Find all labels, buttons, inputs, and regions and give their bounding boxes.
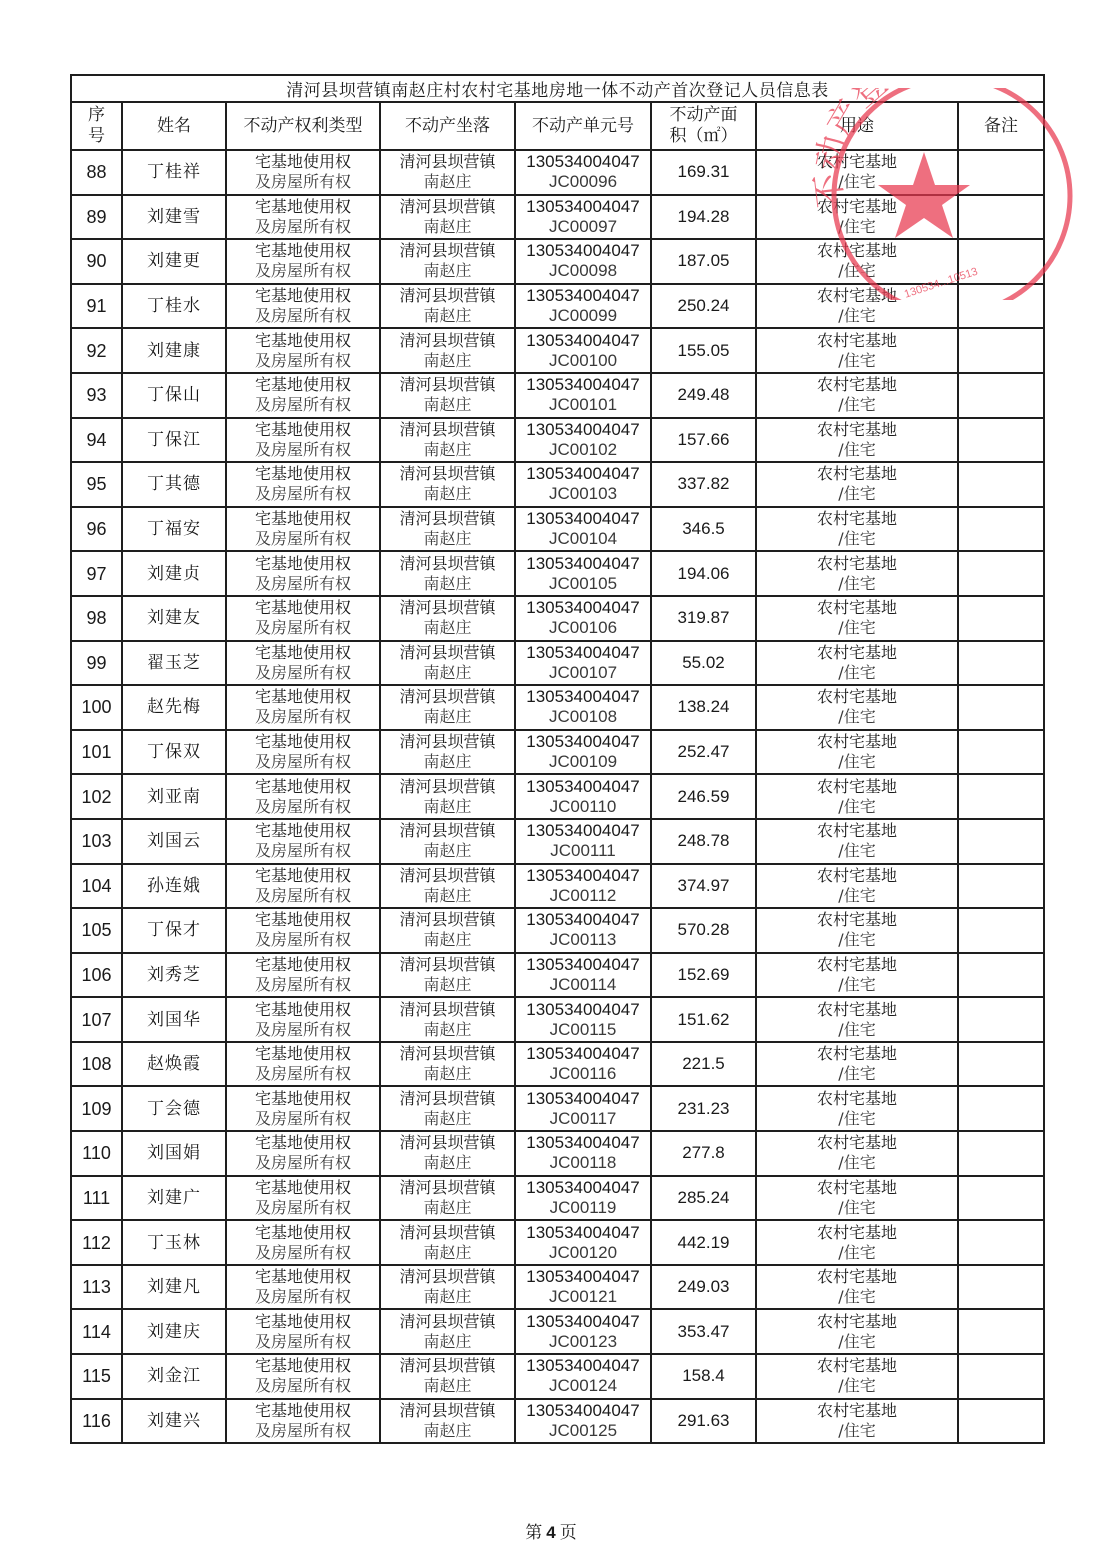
cell-unit-no: 130534004047JC00123 (515, 1309, 651, 1354)
cell-usage: 农村宅基地/住宅 (756, 462, 958, 507)
cell-no: 93 (71, 373, 122, 418)
cell-area: 246.59 (651, 774, 756, 819)
cell-location: 清河县坝营镇南赵庄 (380, 239, 515, 284)
cell-location: 清河县坝营镇南赵庄 (380, 1309, 515, 1354)
cell-location: 清河县坝营镇南赵庄 (380, 1220, 515, 1265)
cell-no: 103 (71, 819, 122, 864)
cell-unit-no: 130534004047JC00101 (515, 373, 651, 418)
cell-usage: 农村宅基地/住宅 (756, 730, 958, 775)
cell-area: 442.19 (651, 1220, 756, 1265)
cell-remarks (958, 864, 1044, 909)
cell-location: 清河县坝营镇南赵庄 (380, 1131, 515, 1176)
cell-unit-no: 130534004047JC00104 (515, 507, 651, 552)
cell-remarks (958, 1176, 1044, 1221)
cell-area: 277.8 (651, 1131, 756, 1176)
cell-remarks (958, 997, 1044, 1042)
table-row: 92刘建康宅基地使用权及房屋所有权清河县坝营镇南赵庄130534004047JC… (71, 328, 1044, 373)
cell-unit-no: 130534004047JC00103 (515, 462, 651, 507)
cell-no: 115 (71, 1354, 122, 1399)
cell-location: 清河县坝营镇南赵庄 (380, 774, 515, 819)
cell-unit-no: 130534004047JC00102 (515, 418, 651, 463)
cell-area: 138.24 (651, 685, 756, 730)
table-row: 103刘国云宅基地使用权及房屋所有权清河县坝营镇南赵庄130534004047J… (71, 819, 1044, 864)
cell-no: 88 (71, 150, 122, 195)
header-no: 序 号 (71, 102, 122, 150)
cell-remarks (958, 1220, 1044, 1265)
cell-location: 清河县坝营镇南赵庄 (380, 462, 515, 507)
cell-unit-no: 130534004047JC00112 (515, 864, 651, 909)
table-row: 98刘建友宅基地使用权及房屋所有权清河县坝营镇南赵庄130534004047JC… (71, 596, 1044, 641)
cell-area: 194.06 (651, 551, 756, 596)
cell-right-type: 宅基地使用权及房屋所有权 (226, 284, 380, 329)
cell-right-type: 宅基地使用权及房屋所有权 (226, 730, 380, 775)
cell-area: 346.5 (651, 507, 756, 552)
cell-area: 169.31 (651, 150, 756, 195)
table-row: 115刘金江宅基地使用权及房屋所有权清河县坝营镇南赵庄130534004047J… (71, 1354, 1044, 1399)
cell-no: 104 (71, 864, 122, 909)
cell-right-type: 宅基地使用权及房屋所有权 (226, 507, 380, 552)
cell-unit-no: 130534004047JC00111 (515, 819, 651, 864)
cell-name: 刘国云 (122, 819, 226, 864)
cell-name: 刘建友 (122, 596, 226, 641)
cell-remarks (958, 507, 1044, 552)
cell-location: 清河县坝营镇南赵庄 (380, 1086, 515, 1131)
header-unit-no: 不动产单元号 (515, 102, 651, 150)
cell-usage: 农村宅基地/住宅 (756, 1399, 958, 1444)
cell-area: 155.05 (651, 328, 756, 373)
cell-unit-no: 130534004047JC00108 (515, 685, 651, 730)
cell-remarks (958, 774, 1044, 819)
cell-unit-no: 130534004047JC00119 (515, 1176, 651, 1221)
cell-name: 丁玉林 (122, 1220, 226, 1265)
table-row: 110刘国娟宅基地使用权及房屋所有权清河县坝营镇南赵庄130534004047J… (71, 1131, 1044, 1176)
cell-name: 刘国娟 (122, 1131, 226, 1176)
cell-name: 刘建贞 (122, 551, 226, 596)
cell-remarks (958, 1131, 1044, 1176)
cell-area: 291.63 (651, 1399, 756, 1444)
cell-area: 187.05 (651, 239, 756, 284)
cell-area: 570.28 (651, 908, 756, 953)
cell-right-type: 宅基地使用权及房屋所有权 (226, 239, 380, 284)
cell-name: 翟玉芝 (122, 641, 226, 686)
cell-location: 清河县坝营镇南赵庄 (380, 551, 515, 596)
table-row: 100赵先梅宅基地使用权及房屋所有权清河县坝营镇南赵庄130534004047J… (71, 685, 1044, 730)
cell-no: 90 (71, 239, 122, 284)
cell-no: 113 (71, 1265, 122, 1310)
table-row: 109丁会德宅基地使用权及房屋所有权清河县坝营镇南赵庄130534004047J… (71, 1086, 1044, 1131)
cell-usage: 农村宅基地/住宅 (756, 551, 958, 596)
cell-unit-no: 130534004047JC00106 (515, 596, 651, 641)
table-row: 105丁保才宅基地使用权及房屋所有权清河县坝营镇南赵庄130534004047J… (71, 908, 1044, 953)
cell-name: 丁会德 (122, 1086, 226, 1131)
cell-right-type: 宅基地使用权及房屋所有权 (226, 373, 380, 418)
table-row: 88丁桂祥宅基地使用权及房屋所有权清河县坝营镇南赵庄130534004047JC… (71, 150, 1044, 195)
table-row: 113刘建凡宅基地使用权及房屋所有权清河县坝营镇南赵庄130534004047J… (71, 1265, 1044, 1310)
table-row: 112丁玉林宅基地使用权及房屋所有权清河县坝营镇南赵庄130534004047J… (71, 1220, 1044, 1265)
cell-no: 100 (71, 685, 122, 730)
cell-usage: 农村宅基地/住宅 (756, 195, 958, 240)
cell-remarks (958, 195, 1044, 240)
cell-location: 清河县坝营镇南赵庄 (380, 596, 515, 641)
cell-remarks (958, 462, 1044, 507)
cell-right-type: 宅基地使用权及房屋所有权 (226, 328, 380, 373)
cell-right-type: 宅基地使用权及房屋所有权 (226, 1131, 380, 1176)
cell-name: 赵焕霞 (122, 1042, 226, 1087)
cell-location: 清河县坝营镇南赵庄 (380, 507, 515, 552)
cell-name: 刘国华 (122, 997, 226, 1042)
cell-usage: 农村宅基地/住宅 (756, 418, 958, 463)
cell-name: 丁其德 (122, 462, 226, 507)
cell-name: 丁保双 (122, 730, 226, 775)
header-row: 序 号 姓名 不动产权利类型 不动产坐落 不动产单元号 不动产面 积（㎡） 用途… (71, 102, 1044, 150)
cell-no: 94 (71, 418, 122, 463)
cell-unit-no: 130534004047JC00097 (515, 195, 651, 240)
cell-no: 107 (71, 997, 122, 1042)
cell-no: 91 (71, 284, 122, 329)
cell-area: 231.23 (651, 1086, 756, 1131)
cell-unit-no: 130534004047JC00109 (515, 730, 651, 775)
cell-usage: 农村宅基地/住宅 (756, 596, 958, 641)
cell-area: 194.28 (651, 195, 756, 240)
cell-right-type: 宅基地使用权及房屋所有权 (226, 1354, 380, 1399)
table-row: 111刘建广宅基地使用权及房屋所有权清河县坝营镇南赵庄130534004047J… (71, 1176, 1044, 1221)
cell-right-type: 宅基地使用权及房屋所有权 (226, 1176, 380, 1221)
page-footer: 第4页 (0, 1518, 1102, 1543)
cell-no: 114 (71, 1309, 122, 1354)
cell-usage: 农村宅基地/住宅 (756, 819, 958, 864)
header-right-type: 不动产权利类型 (226, 102, 380, 150)
table-row: 107刘国华宅基地使用权及房屋所有权清河县坝营镇南赵庄130534004047J… (71, 997, 1044, 1042)
cell-usage: 农村宅基地/住宅 (756, 864, 958, 909)
cell-remarks (958, 418, 1044, 463)
table-body: 88丁桂祥宅基地使用权及房屋所有权清河县坝营镇南赵庄130534004047JC… (71, 150, 1044, 1443)
cell-no: 108 (71, 1042, 122, 1087)
cell-usage: 农村宅基地/住宅 (756, 1220, 958, 1265)
cell-name: 刘亚南 (122, 774, 226, 819)
table-row: 106刘秀芝宅基地使用权及房屋所有权清河县坝营镇南赵庄130534004047J… (71, 953, 1044, 998)
cell-right-type: 宅基地使用权及房屋所有权 (226, 1265, 380, 1310)
cell-remarks (958, 284, 1044, 329)
cell-remarks (958, 596, 1044, 641)
cell-name: 刘建更 (122, 239, 226, 284)
cell-area: 248.78 (651, 819, 756, 864)
cell-name: 丁保江 (122, 418, 226, 463)
cell-remarks (958, 551, 1044, 596)
cell-location: 清河县坝营镇南赵庄 (380, 997, 515, 1042)
header-location: 不动产坐落 (380, 102, 515, 150)
cell-location: 清河县坝营镇南赵庄 (380, 1176, 515, 1221)
cell-unit-no: 130534004047JC00099 (515, 284, 651, 329)
cell-name: 丁福安 (122, 507, 226, 552)
table-row: 89刘建雪宅基地使用权及房屋所有权清河县坝营镇南赵庄130534004047JC… (71, 195, 1044, 240)
table-row: 95丁其德宅基地使用权及房屋所有权清河县坝营镇南赵庄130534004047JC… (71, 462, 1044, 507)
table-row: 90刘建更宅基地使用权及房屋所有权清河县坝营镇南赵庄130534004047JC… (71, 239, 1044, 284)
cell-no: 106 (71, 953, 122, 998)
cell-location: 清河县坝营镇南赵庄 (380, 418, 515, 463)
cell-area: 55.02 (651, 641, 756, 686)
cell-usage: 农村宅基地/住宅 (756, 1131, 958, 1176)
cell-location: 清河县坝营镇南赵庄 (380, 864, 515, 909)
cell-area: 374.97 (651, 864, 756, 909)
cell-area: 337.82 (651, 462, 756, 507)
cell-unit-no: 130534004047JC00118 (515, 1131, 651, 1176)
cell-name: 丁桂水 (122, 284, 226, 329)
cell-name: 丁保才 (122, 908, 226, 953)
cell-right-type: 宅基地使用权及房屋所有权 (226, 819, 380, 864)
cell-name: 刘建雪 (122, 195, 226, 240)
cell-name: 刘建康 (122, 328, 226, 373)
cell-location: 清河县坝营镇南赵庄 (380, 373, 515, 418)
table-row: 91丁桂水宅基地使用权及房屋所有权清河县坝营镇南赵庄130534004047JC… (71, 284, 1044, 329)
cell-usage: 农村宅基地/住宅 (756, 997, 958, 1042)
cell-no: 102 (71, 774, 122, 819)
cell-location: 清河县坝营镇南赵庄 (380, 819, 515, 864)
cell-usage: 农村宅基地/住宅 (756, 239, 958, 284)
cell-unit-no: 130534004047JC00110 (515, 774, 651, 819)
cell-unit-no: 130534004047JC00114 (515, 953, 651, 998)
cell-no: 109 (71, 1086, 122, 1131)
cell-right-type: 宅基地使用权及房屋所有权 (226, 1399, 380, 1444)
cell-no: 95 (71, 462, 122, 507)
cell-right-type: 宅基地使用权及房屋所有权 (226, 150, 380, 195)
table-row: 93丁保山宅基地使用权及房屋所有权清河县坝营镇南赵庄130534004047JC… (71, 373, 1044, 418)
cell-no: 112 (71, 1220, 122, 1265)
cell-location: 清河县坝营镇南赵庄 (380, 150, 515, 195)
cell-name: 赵先梅 (122, 685, 226, 730)
cell-area: 158.4 (651, 1354, 756, 1399)
cell-location: 清河县坝营镇南赵庄 (380, 1399, 515, 1444)
cell-usage: 农村宅基地/住宅 (756, 1042, 958, 1087)
cell-remarks (958, 328, 1044, 373)
table-row: 114刘建庆宅基地使用权及房屋所有权清河县坝营镇南赵庄130534004047J… (71, 1309, 1044, 1354)
cell-remarks (958, 641, 1044, 686)
cell-no: 116 (71, 1399, 122, 1444)
cell-name: 刘金江 (122, 1354, 226, 1399)
cell-usage: 农村宅基地/住宅 (756, 685, 958, 730)
cell-name: 刘建广 (122, 1176, 226, 1221)
cell-usage: 农村宅基地/住宅 (756, 1176, 958, 1221)
cell-no: 99 (71, 641, 122, 686)
cell-right-type: 宅基地使用权及房屋所有权 (226, 551, 380, 596)
cell-right-type: 宅基地使用权及房屋所有权 (226, 997, 380, 1042)
cell-usage: 农村宅基地/住宅 (756, 774, 958, 819)
cell-right-type: 宅基地使用权及房屋所有权 (226, 864, 380, 909)
table-row: 102刘亚南宅基地使用权及房屋所有权清河县坝营镇南赵庄130534004047J… (71, 774, 1044, 819)
cell-right-type: 宅基地使用权及房屋所有权 (226, 596, 380, 641)
cell-unit-no: 130534004047JC00096 (515, 150, 651, 195)
cell-unit-no: 130534004047JC00117 (515, 1086, 651, 1131)
cell-location: 清河县坝营镇南赵庄 (380, 284, 515, 329)
cell-name: 刘建庆 (122, 1309, 226, 1354)
cell-location: 清河县坝营镇南赵庄 (380, 1265, 515, 1310)
cell-usage: 农村宅基地/住宅 (756, 373, 958, 418)
cell-unit-no: 130534004047JC00105 (515, 551, 651, 596)
cell-right-type: 宅基地使用权及房屋所有权 (226, 1042, 380, 1087)
header-remarks: 备注 (958, 102, 1044, 150)
cell-right-type: 宅基地使用权及房屋所有权 (226, 195, 380, 240)
cell-usage: 农村宅基地/住宅 (756, 1354, 958, 1399)
cell-location: 清河县坝营镇南赵庄 (380, 730, 515, 775)
cell-usage: 农村宅基地/住宅 (756, 150, 958, 195)
cell-usage: 农村宅基地/住宅 (756, 953, 958, 998)
cell-no: 92 (71, 328, 122, 373)
cell-remarks (958, 239, 1044, 284)
cell-no: 96 (71, 507, 122, 552)
cell-area: 353.47 (651, 1309, 756, 1354)
cell-location: 清河县坝营镇南赵庄 (380, 641, 515, 686)
cell-name: 刘秀芝 (122, 953, 226, 998)
table-row: 116刘建兴宅基地使用权及房屋所有权清河县坝营镇南赵庄130534004047J… (71, 1399, 1044, 1444)
cell-remarks (958, 730, 1044, 775)
cell-usage: 农村宅基地/住宅 (756, 908, 958, 953)
cell-usage: 农村宅基地/住宅 (756, 328, 958, 373)
cell-unit-no: 130534004047JC00113 (515, 908, 651, 953)
cell-area: 250.24 (651, 284, 756, 329)
cell-right-type: 宅基地使用权及房屋所有权 (226, 1220, 380, 1265)
cell-no: 111 (71, 1176, 122, 1221)
cell-location: 清河县坝营镇南赵庄 (380, 908, 515, 953)
cell-no: 98 (71, 596, 122, 641)
registration-table: 清河县坝营镇南赵庄村农村宅基地房地一体不动产首次登记人员信息表 序 号 姓名 不… (70, 74, 1045, 1444)
cell-area: 319.87 (651, 596, 756, 641)
header-name: 姓名 (122, 102, 226, 150)
cell-usage: 农村宅基地/住宅 (756, 641, 958, 686)
cell-no: 89 (71, 195, 122, 240)
cell-usage: 农村宅基地/住宅 (756, 1309, 958, 1354)
table-row: 99翟玉芝宅基地使用权及房屋所有权清河县坝营镇南赵庄130534004047JC… (71, 641, 1044, 686)
cell-area: 285.24 (651, 1176, 756, 1221)
cell-location: 清河县坝营镇南赵庄 (380, 685, 515, 730)
cell-remarks (958, 1309, 1044, 1354)
cell-remarks (958, 1399, 1044, 1444)
cell-remarks (958, 150, 1044, 195)
cell-name: 丁桂祥 (122, 150, 226, 195)
cell-right-type: 宅基地使用权及房屋所有权 (226, 685, 380, 730)
cell-usage: 农村宅基地/住宅 (756, 1265, 958, 1310)
cell-remarks (958, 819, 1044, 864)
cell-right-type: 宅基地使用权及房屋所有权 (226, 462, 380, 507)
table-row: 97刘建贞宅基地使用权及房屋所有权清河县坝营镇南赵庄130534004047JC… (71, 551, 1044, 596)
cell-name: 刘建凡 (122, 1265, 226, 1310)
cell-unit-no: 130534004047JC00116 (515, 1042, 651, 1087)
table-title: 清河县坝营镇南赵庄村农村宅基地房地一体不动产首次登记人员信息表 (71, 75, 1044, 102)
cell-right-type: 宅基地使用权及房屋所有权 (226, 641, 380, 686)
cell-area: 151.62 (651, 997, 756, 1042)
cell-area: 152.69 (651, 953, 756, 998)
cell-remarks (958, 373, 1044, 418)
header-area: 不动产面 积（㎡） (651, 102, 756, 150)
cell-right-type: 宅基地使用权及房屋所有权 (226, 774, 380, 819)
cell-usage: 农村宅基地/住宅 (756, 1086, 958, 1131)
cell-unit-no: 130534004047JC00098 (515, 239, 651, 284)
cell-area: 221.5 (651, 1042, 756, 1087)
cell-area: 157.66 (651, 418, 756, 463)
cell-unit-no: 130534004047JC00100 (515, 328, 651, 373)
cell-right-type: 宅基地使用权及房屋所有权 (226, 908, 380, 953)
cell-usage: 农村宅基地/住宅 (756, 284, 958, 329)
table-row: 101丁保双宅基地使用权及房屋所有权清河县坝营镇南赵庄130534004047J… (71, 730, 1044, 775)
cell-name: 刘建兴 (122, 1399, 226, 1444)
cell-area: 249.48 (651, 373, 756, 418)
table-row: 96丁福安宅基地使用权及房屋所有权清河县坝营镇南赵庄130534004047JC… (71, 507, 1044, 552)
cell-location: 清河县坝营镇南赵庄 (380, 1042, 515, 1087)
cell-remarks (958, 908, 1044, 953)
cell-right-type: 宅基地使用权及房屋所有权 (226, 1309, 380, 1354)
cell-area: 249.03 (651, 1265, 756, 1310)
cell-location: 清河县坝营镇南赵庄 (380, 195, 515, 240)
table-row: 108赵焕霞宅基地使用权及房屋所有权清河县坝营镇南赵庄130534004047J… (71, 1042, 1044, 1087)
table-row: 104孙连娥宅基地使用权及房屋所有权清河县坝营镇南赵庄130534004047J… (71, 864, 1044, 909)
cell-right-type: 宅基地使用权及房屋所有权 (226, 1086, 380, 1131)
cell-location: 清河县坝营镇南赵庄 (380, 328, 515, 373)
cell-unit-no: 130534004047JC00120 (515, 1220, 651, 1265)
cell-remarks (958, 685, 1044, 730)
page-number: 4 (546, 1523, 555, 1542)
cell-unit-no: 130534004047JC00125 (515, 1399, 651, 1444)
cell-remarks (958, 1265, 1044, 1310)
cell-remarks (958, 1042, 1044, 1087)
cell-unit-no: 130534004047JC00107 (515, 641, 651, 686)
cell-location: 清河县坝营镇南赵庄 (380, 953, 515, 998)
cell-unit-no: 130534004047JC00124 (515, 1354, 651, 1399)
header-usage: 用途 (756, 102, 958, 150)
cell-remarks (958, 1086, 1044, 1131)
cell-no: 110 (71, 1131, 122, 1176)
cell-area: 252.47 (651, 730, 756, 775)
cell-no: 101 (71, 730, 122, 775)
cell-remarks (958, 1354, 1044, 1399)
cell-usage: 农村宅基地/住宅 (756, 507, 958, 552)
cell-name: 丁保山 (122, 373, 226, 418)
cell-right-type: 宅基地使用权及房屋所有权 (226, 953, 380, 998)
table-row: 94丁保江宅基地使用权及房屋所有权清河县坝营镇南赵庄130534004047JC… (71, 418, 1044, 463)
cell-unit-no: 130534004047JC00121 (515, 1265, 651, 1310)
cell-right-type: 宅基地使用权及房屋所有权 (226, 418, 380, 463)
cell-location: 清河县坝营镇南赵庄 (380, 1354, 515, 1399)
cell-remarks (958, 953, 1044, 998)
cell-name: 孙连娥 (122, 864, 226, 909)
cell-unit-no: 130534004047JC00115 (515, 997, 651, 1042)
cell-no: 97 (71, 551, 122, 596)
cell-no: 105 (71, 908, 122, 953)
